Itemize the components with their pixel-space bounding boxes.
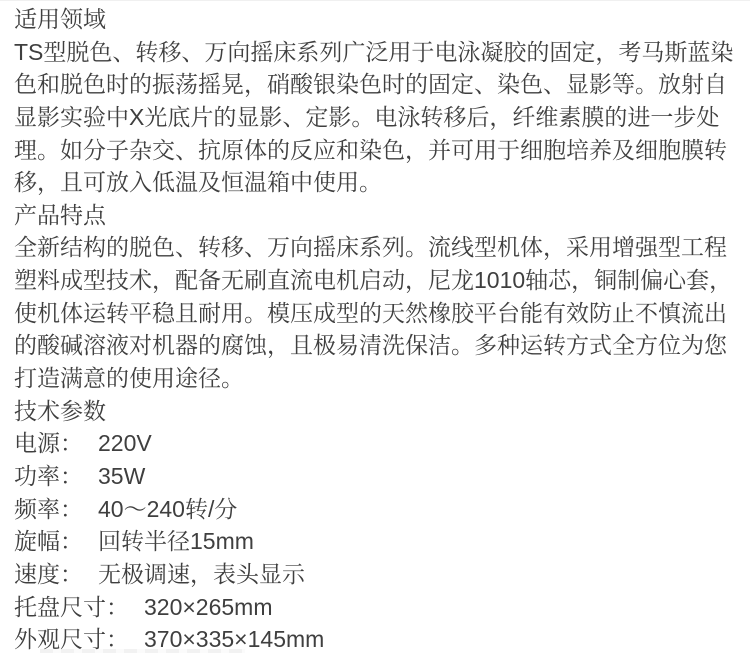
application-line: 理。如分子杂交、抗原体的反应和染色，并可用于细胞培养及细胞膜转 (14, 134, 738, 167)
section-heading-product-features: 产品特点 (14, 199, 738, 232)
spec-value: 40～240转/分 (98, 496, 237, 522)
spec-label: 旋幅： (14, 528, 83, 554)
features-line: 使机体运转平稳且耐用。模压成型的天然橡胶平台能有效防止不慎流出 (14, 297, 738, 330)
spec-label: 速度： (14, 561, 83, 587)
spec-value: 320×265mm (144, 594, 273, 620)
spec-row-power-supply: 电源：220V (14, 427, 738, 460)
application-line: 移，且可放入低温及恒温箱中使用。 (14, 166, 738, 199)
spec-row-speed: 速度：无极调速，表头显示 (14, 558, 738, 591)
spec-row-tray-size: 托盘尺寸：320×265mm (14, 591, 738, 624)
spec-label: 电源： (14, 430, 83, 456)
section-heading-technical-parameters: 技术参数 (14, 395, 738, 428)
product-description-page: { "page": { "background": "#ffffff", "te… (0, 0, 750, 653)
spec-row-orbit: 旋幅：回转半径15mm (14, 525, 738, 558)
features-line: 的酸碱溶液对机器的腐蚀，且极易清洗保洁。多种运转方式全方位为您 (14, 329, 738, 362)
spec-label: 频率： (14, 496, 83, 522)
clipped-text-remnant (40, 649, 245, 653)
spec-value: 无极调速，表头显示 (98, 561, 305, 587)
spec-value: 220V (98, 430, 152, 456)
features-line: 全新结构的脱色、转移、万向摇床系列。流线型机体，采用增强型工程 (14, 231, 738, 264)
section-heading-application-areas: 适用领域 (14, 3, 738, 36)
text-content: 适用领域 TS型脱色、转移、万向摇床系列广泛用于电泳凝胶的固定，考马斯蓝染 色和… (0, 1, 750, 653)
spec-label: 功率： (14, 463, 83, 489)
features-line: 打造满意的使用途径。 (14, 362, 738, 395)
application-line: 色和脱色时的振荡摇晃，硝酸银染色时的固定、染色、显影等。放射自 (14, 68, 738, 101)
spec-row-power: 功率：35W (14, 460, 738, 493)
application-line: TS型脱色、转移、万向摇床系列广泛用于电泳凝胶的固定，考马斯蓝染 (14, 36, 738, 69)
spec-value: 回转半径15mm (98, 528, 254, 554)
features-line: 塑料成型技术，配备无刷直流电机启动，尼龙1010轴芯，铜制偏心套， (14, 264, 738, 297)
application-line: 显影实验中X光底片的显影、定影。电泳转移后，纤维素膜的进一步处 (14, 101, 738, 134)
spec-row-frequency: 频率：40～240转/分 (14, 493, 738, 526)
spec-label: 托盘尺寸： (14, 594, 129, 620)
spec-value: 35W (98, 463, 145, 489)
